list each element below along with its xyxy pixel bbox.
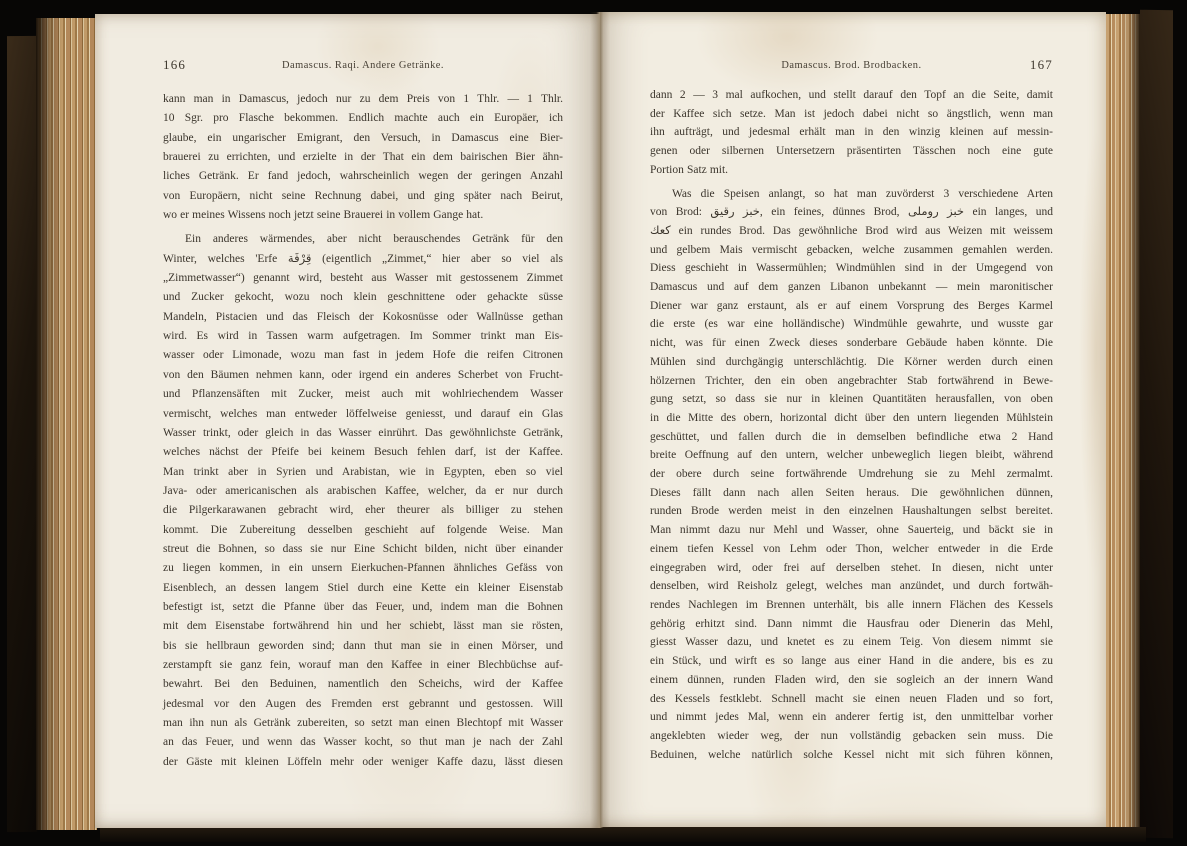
- text-line: einem dünnen, runden Fladen wird, den si…: [650, 671, 1053, 690]
- page-text-left: kann man in Damascus, jedoch nur zu dem …: [163, 90, 563, 772]
- text-line: der Kaffee sich setze. Man ist jedoch da…: [650, 105, 1053, 124]
- running-header-title-left: Damascus. Raqi. Andere Getränke.: [163, 60, 563, 71]
- text-line: des Kessels festklebt. Schnell macht sie…: [650, 690, 1053, 709]
- open-book-photo: 166 Damascus. Raqi. Andere Getränke. kan…: [0, 0, 1187, 846]
- right-page-content: Damascus. Brod. Brodbacken. 167 dann 2 —…: [650, 60, 1053, 764]
- text-line: hölzernen Trichter, den ein oben angebra…: [650, 372, 1053, 391]
- text-line: an das Feuer, und wenn das Wasser kocht,…: [163, 733, 563, 752]
- text-line: Eisenblech, an dessen langem Stiel durch…: [163, 579, 563, 598]
- text-line: mit dem Eisenstabe fortwährend hin und h…: [163, 617, 563, 636]
- page-edges-left: [36, 18, 97, 830]
- text-line: genen oder silbernen Untersetzern präsen…: [650, 142, 1053, 161]
- text-line: welches nächst der Pfeife bei keinem Bes…: [163, 443, 563, 462]
- text-line: die Pilgerkarawanen gebracht wird, eher …: [163, 501, 563, 520]
- text-line: Mühlen sind durchgängig unterschlächtig.…: [650, 353, 1053, 372]
- text-line: Beduinen, welche natürlich solche Kessel…: [650, 746, 1053, 765]
- text-line: Portion Satz mit.: [650, 161, 1053, 180]
- text-line: nicht, was für einen Zweck dieses sonder…: [650, 334, 1053, 353]
- paragraph: Was die Speisen anlangt, so hat man zuvö…: [650, 185, 1053, 765]
- text-line: einem tiefen Kessel von Lehm oder Thon, …: [650, 540, 1053, 559]
- text-line: gung setzt, so dass sie nur in kleinen Q…: [650, 390, 1053, 409]
- running-header-left: 166 Damascus. Raqi. Andere Getränke.: [163, 60, 563, 74]
- book-cover-left-edge: [7, 36, 37, 832]
- text-line: zerstampft sie ganz fein, worauf man den…: [163, 656, 563, 675]
- text-line: angeklebten wieder weg, der nun vollstän…: [650, 727, 1053, 746]
- text-line: der Gäste mit kleinen Löffeln mehr oder …: [163, 753, 563, 772]
- text-line: giesst Wasser dazu, und knetet es zu ein…: [650, 633, 1053, 652]
- text-line: und nimmt jedes Mal, wenn ein anderer fe…: [650, 708, 1053, 727]
- text-line: von Brod: خبز رقيق‎, ein feines, dünnes …: [650, 203, 1053, 222]
- text-line: ihn aufträgt, und jedesmal erhält man in…: [650, 123, 1053, 142]
- text-line: Diener war ganz erstaunt, als er auf ein…: [650, 297, 1053, 316]
- text-line: zu liegen kommen, in ein unsern Eierkuch…: [163, 559, 563, 578]
- text-line: wird. Es wird in Tassen warm aufgetragen…: [163, 327, 563, 346]
- text-line: kann man in Damascus, jedoch nur zu dem …: [163, 90, 563, 109]
- text-line: und gelbem Mais vermischt gebacken, welc…: [650, 241, 1053, 260]
- text-line: kommt. Die Zubereitung desselben geschie…: [163, 521, 563, 540]
- paragraph: dann 2 — 3 mal aufkochen, und stellt dar…: [650, 86, 1053, 180]
- text-line: Was die Speisen anlangt, so hat man zuvö…: [650, 185, 1053, 204]
- text-line: Diess geschieht in Wassermühlen; Windmüh…: [650, 259, 1053, 278]
- page-edges-right: [1106, 14, 1140, 828]
- running-header-title-right: Damascus. Brod. Brodbacken.: [650, 60, 1053, 71]
- text-line: liches Getränk. Er fand jedoch, wahrsche…: [163, 167, 563, 186]
- text-line: dann 2 — 3 mal aufkochen, und stellt dar…: [650, 86, 1053, 105]
- text-line: und Pflanzensäften mit Zucker, meist auc…: [163, 385, 563, 404]
- text-line: Man trinkt aber in Syrien und Arabistan,…: [163, 463, 563, 482]
- text-line: gehörig erhitzt sind. Dann nimmt die Hau…: [650, 615, 1053, 634]
- text-line: Dieses fällt dann nach allen Seiten hera…: [650, 484, 1053, 503]
- text-line: runden Brode werden meist in den einzeln…: [650, 502, 1053, 521]
- book-cover-bottom-edge: [100, 827, 1146, 842]
- book-gutter: [590, 12, 610, 828]
- text-line: Man nimmt dazu nur Mehl und Wasser, ohne…: [650, 521, 1053, 540]
- text-line: Ein anderes wärmendes, aber nicht beraus…: [163, 230, 563, 249]
- text-line: Damascus und auf dem ganzen Libanon unbe…: [650, 278, 1053, 297]
- paragraph: Ein anderes wärmendes, aber nicht beraus…: [163, 230, 563, 772]
- page-left: 166 Damascus. Raqi. Andere Getränke. kan…: [95, 14, 600, 828]
- text-line: und Zucker gekocht, wozu noch klein gesc…: [163, 288, 563, 307]
- text-line: Mandeln, Pistacien und das Fleisch der K…: [163, 308, 563, 327]
- book-cover-right-edge: [1140, 10, 1173, 838]
- text-line: breite Oeffnung auf den untern, welcher …: [650, 446, 1053, 465]
- text-line: Winter, welches 'Erfe قِرْفَة‎ (eigentli…: [163, 250, 563, 269]
- text-line: geschüttet, und fallen durch die in dems…: [650, 428, 1053, 447]
- text-line: vermischt, welches man entweder löffelwe…: [163, 405, 563, 424]
- text-line: rendes Nachlegen im Brennen unterhält, b…: [650, 596, 1053, 615]
- text-line: von den Bäumen nehmen kann, oder irgend …: [163, 366, 563, 385]
- text-line: bis sie hellbraun geworden sind; dann th…: [163, 637, 563, 656]
- text-line: eingegraben wird, oder frei auf derselbe…: [650, 559, 1053, 578]
- page-number-right: 167: [1030, 57, 1053, 73]
- text-line: Java- oder americanischen als arabischen…: [163, 482, 563, 501]
- text-line: wo er meines Wissens noch jetzt seine Br…: [163, 206, 563, 225]
- text-line: denselben, wird Reisholz gelegt, welches…: [650, 577, 1053, 596]
- text-line: die erste (es war eine holländische) Win…: [650, 315, 1053, 334]
- text-line: glaube, ein ungarischer Emigrant, den Ve…: [163, 129, 563, 148]
- text-line: brauerei zu errichten, und erzielte in d…: [163, 148, 563, 167]
- text-line: „Zimmetwasser“) genannt wird, besteht au…: [163, 269, 563, 288]
- left-page-content: 166 Damascus. Raqi. Andere Getränke. kan…: [163, 60, 563, 772]
- page-text-right: dann 2 — 3 mal aufkochen, und stellt dar…: [650, 86, 1053, 764]
- text-line: كعك‎ ein rundes Brod. Das gewöhnliche Br…: [650, 222, 1053, 241]
- text-line: streut die Bohnen, so dass sie nur Eine …: [163, 540, 563, 559]
- text-line: 10 Sgr. pro Flasche bekommen. Endlich ma…: [163, 109, 563, 128]
- text-line: man ihn nun als Getränk zubereiten, so s…: [163, 714, 563, 733]
- paragraph: kann man in Damascus, jedoch nur zu dem …: [163, 90, 563, 225]
- text-line: jedesmal vor den Augen des Fremden erst …: [163, 695, 563, 714]
- text-line: wasser oder Limonade, wozu man fast in j…: [163, 346, 563, 365]
- text-line: Wasser trinkt, oder gleich in das Wasser…: [163, 424, 563, 443]
- text-line: ein Stück, und wirft es so lange aus ein…: [650, 652, 1053, 671]
- text-line: befestigt ist, setzt die Pfanne über das…: [163, 598, 563, 617]
- page-right: Damascus. Brod. Brodbacken. 167 dann 2 —…: [600, 12, 1106, 827]
- text-line: in die Mitte des obern, horizontal dicht…: [650, 409, 1053, 428]
- text-line: von Europäern, nicht seine Rechnung dabe…: [163, 187, 563, 206]
- running-header-right: Damascus. Brod. Brodbacken. 167: [650, 60, 1053, 74]
- text-line: der obere durch seine fortwährende Umdre…: [650, 465, 1053, 484]
- text-line: bewahrt. Bei den Beduinen, namentlich de…: [163, 675, 563, 694]
